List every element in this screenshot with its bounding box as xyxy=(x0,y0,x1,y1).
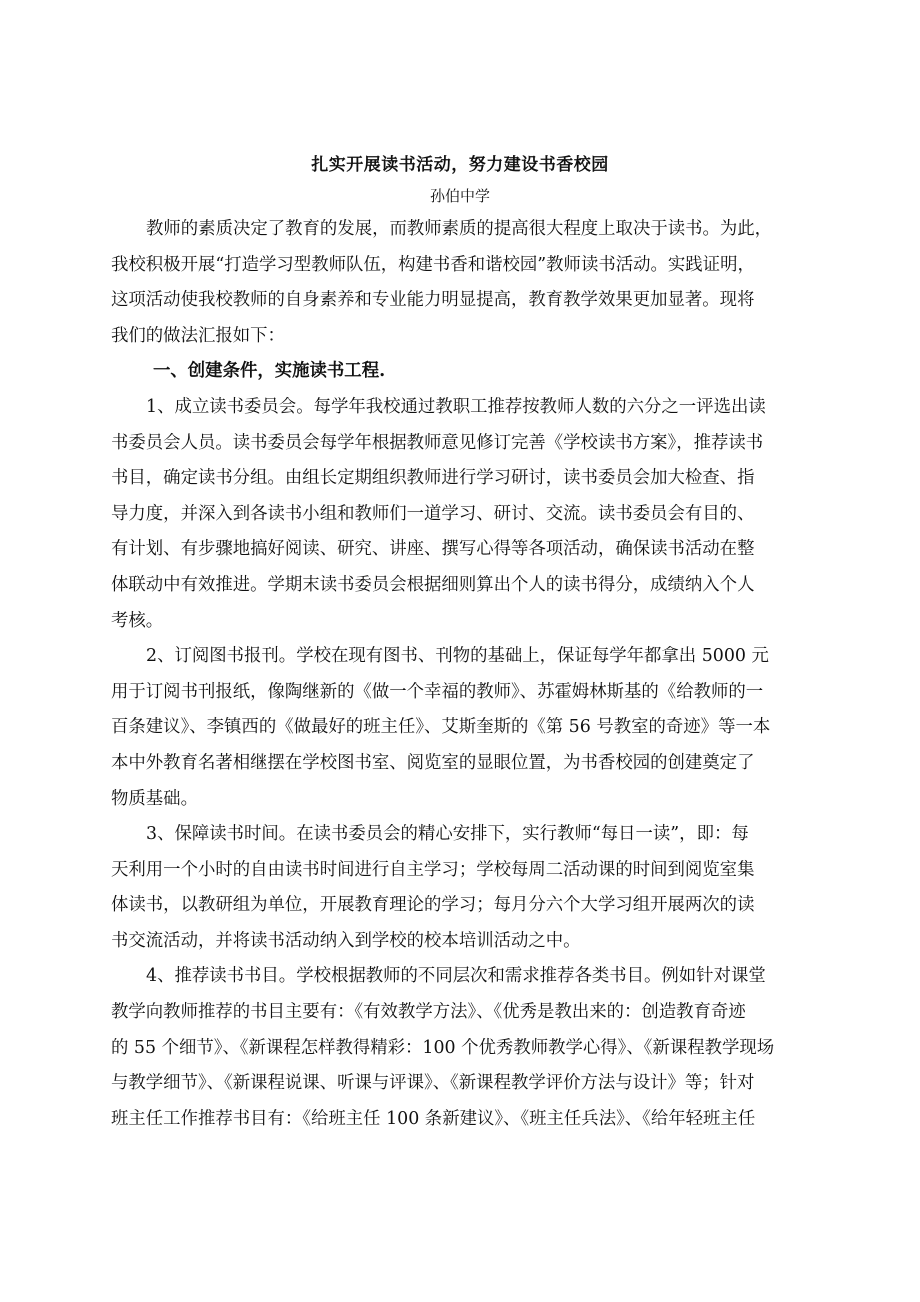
paragraph-line: 体读书，以教研组为单位，开展教育理论的学习；每月分六个大学习组开展两次的读 xyxy=(111,888,809,924)
paragraph-line: 书委员会人员。读书委员会每学年根据教师意见修订完善《学校读书方案》，推荐读书 xyxy=(111,426,809,462)
paragraph-line: 的 55 个细节》、《新课程怎样教得精彩：100 个优秀教师教学心得》、《新课程… xyxy=(111,1031,809,1067)
document-author: 孙伯中学 xyxy=(0,184,920,208)
paragraph-line: 用于订阅书刊报纸，像陶继新的《做一个幸福的教师》、苏霍姆林斯基的《给教师的一 xyxy=(111,675,809,711)
paragraph-line: 书交流活动，并将读书活动纳入到学校的校本培训活动之中。 xyxy=(111,924,809,960)
paragraph-line: 1、成立读书委员会。每学年我校通过教职工推荐按教师人数的六分之一评选出读 xyxy=(111,390,809,426)
paragraph-line: 我校积极开展“打造学习型教师队伍，构建书香和谐校园”教师读书活动。实践证明， xyxy=(111,248,809,284)
paragraph-line: 教师的素质决定了教育的发展，而教师素质的提高很大程度上取决于读书。为此， xyxy=(111,212,809,248)
paragraph-line: 物质基础。 xyxy=(111,782,809,818)
paragraph-line: 本中外教育名著相继摆在学校图书室、阅览室的显眼位置，为书香校园的创建奠定了 xyxy=(111,746,809,782)
paragraph-line: 2、订阅图书报刊。学校在现有图书、刊物的基础上，保证每学年都拿出 5000 元 xyxy=(111,639,809,675)
paragraph-line: 班主任工作推荐书目有：《给班主任 100 条新建议》、《班主任兵法》、《给年轻班… xyxy=(111,1102,809,1138)
paragraph-line: 体联动中有效推进。学期末读书委员会根据细则算出个人的读书得分，成绩纳入个人 xyxy=(111,568,809,604)
paragraph-line: 有计划、有步骤地搞好阅读、研究、讲座、撰写心得等各项活动，确保读书活动在整 xyxy=(111,532,809,568)
paragraph-line: 教学向教师推荐的书目主要有：《有效教学方法》、《优秀是教出来的：创造教育奇迹 xyxy=(111,995,809,1031)
paragraph-line: 百条建议》、李镇西的《做最好的班主任》、艾斯奎斯的《第 56 号教室的奇迹》等一… xyxy=(111,710,809,746)
document-title: 扎实开展读书活动，努力建设书香校园 xyxy=(0,153,920,177)
paragraph-line: 我们的做法汇报如下： xyxy=(111,319,809,355)
document-page: 扎实开展读书活动，努力建设书香校园 孙伯中学 教师的素质决定了教育的发展，而教师… xyxy=(0,0,920,1302)
paragraph-line: 书目，确定读书分组。由组长定期组织教师进行学习研讨，读书委员会加大检查、指 xyxy=(111,461,809,497)
paragraph-line: 导力度，并深入到各读书小组和教师们一道学习、研讨、交流。读书委员会有目的、 xyxy=(111,497,809,533)
document-body: 教师的素质决定了教育的发展，而教师素质的提高很大程度上取决于读书。为此，我校积极… xyxy=(111,212,809,1137)
paragraph-line: 考核。 xyxy=(111,604,809,640)
paragraph-line: 这项活动使我校教师的自身素养和专业能力明显提高，教育教学效果更加显著。现将 xyxy=(111,283,809,319)
paragraph-line: 4、推荐读书书目。学校根据教师的不同层次和需求推荐各类书目。例如针对课堂 xyxy=(111,959,809,995)
paragraph-line: 3、保障读书时间。在读书委员会的精心安排下，实行教师“每日一读”，即：每 xyxy=(111,817,809,853)
paragraph-line: 天利用一个小时的自由读书时间进行自主学习；学校每周二活动课的时间到阅览室集 xyxy=(111,853,809,889)
section-heading: 一、创建条件，实施读书工程. xyxy=(111,354,809,390)
paragraph-line: 与教学细节》、《新课程说课、听课与评课》、《新课程教学评价方法与设计》等；针对 xyxy=(111,1066,809,1102)
